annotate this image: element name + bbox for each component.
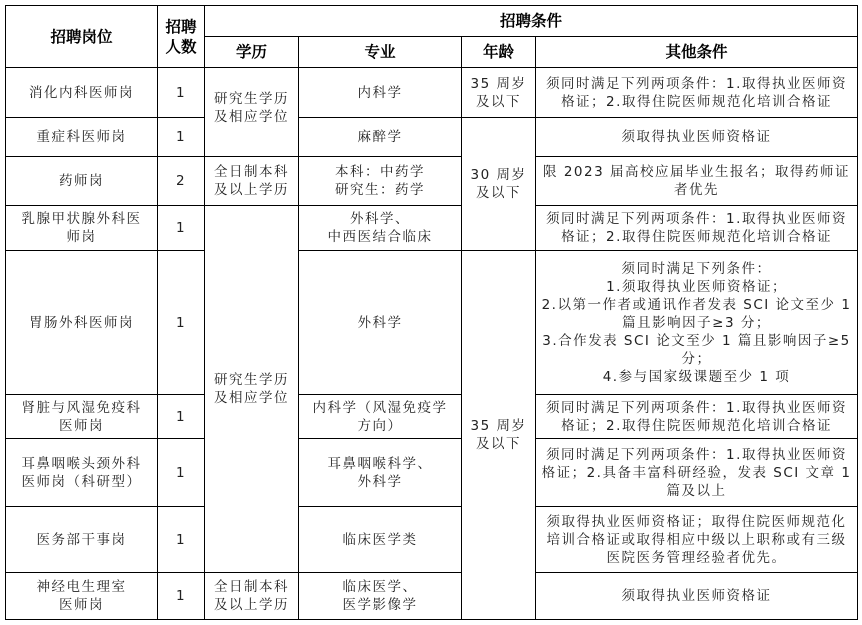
major-cell: 临床医学类 [299,507,462,573]
position-cell: 重症科医师岗 [6,118,158,157]
position-cell: 乳腺甲状腺外科医 师岗 [6,206,158,251]
other-conditions-cell: 须同时满足下列两项条件：1.取得执业医师资格证；2.取得住院医师规范化培训合格证 [536,395,858,439]
major-cell: 外科学 [299,251,462,395]
table-row: 神经电生理室 医师岗 1 全日制本科 及以上学历 临床医学、 医学影像学 须取得… [6,573,858,620]
count-cell: 1 [158,206,205,251]
recruitment-table: 招聘岗位 招聘 人数 招聘条件 学历 专业 年龄 其他条件 消化内科医师岗 1 … [5,5,858,620]
other-conditions-cell: 须同时满足下列两项条件：1.取得执业医师资格证；2.具备丰富科研经验，发表 SC… [536,439,858,507]
education-cell: 研究生学历 及相应学位 [205,206,299,573]
education-cell: 全日制本科 及以上学历 [205,573,299,620]
count-cell: 2 [158,157,205,206]
age-cell: 35 周岁 及以下 [462,68,536,118]
count-cell: 1 [158,395,205,439]
count-cell: 1 [158,118,205,157]
position-cell: 医务部干事岗 [6,507,158,573]
position-cell: 神经电生理室 医师岗 [6,573,158,620]
age-cell: 35 周岁 及以下 [462,251,536,620]
position-cell: 药师岗 [6,157,158,206]
major-cell: 外科学、 中西医结合临床 [299,206,462,251]
major-cell: 临床医学、 医学影像学 [299,573,462,620]
position-cell: 胃肠外科医师岗 [6,251,158,395]
other-conditions-cell: 限 2023 届高校应届毕业生报名；取得药师证者优先 [536,157,858,206]
header-count: 招聘 人数 [158,6,205,68]
table-row: 肾脏与风湿免疫科 医师岗 1 内科学（风湿免疫学 方向） 须同时满足下列两项条件… [6,395,858,439]
table-row: 医务部干事岗 1 临床医学类 须取得执业医师资格证；取得住院医师规范化培训合格证… [6,507,858,573]
count-cell: 1 [158,573,205,620]
other-conditions-cell: 须取得执业医师资格证 [536,118,858,157]
count-cell: 1 [158,439,205,507]
position-cell: 肾脏与风湿免疫科 医师岗 [6,395,158,439]
header-major: 专业 [299,37,462,68]
education-cell: 全日制本科 及以上学历 [205,157,299,206]
major-cell: 麻醉学 [299,118,462,157]
header-education: 学历 [205,37,299,68]
major-cell: 内科学 [299,68,462,118]
count-cell: 1 [158,507,205,573]
header-conditions: 招聘条件 [205,6,858,37]
education-cell: 研究生学历 及相应学位 [205,68,299,157]
table-row: 重症科医师岗 1 麻醉学 30 周岁 及以下 须取得执业医师资格证 [6,118,858,157]
position-cell: 消化内科医师岗 [6,68,158,118]
other-conditions-cell: 须取得执业医师资格证；取得住院医师规范化培训合格证或取得相应中级以上职称或有三级… [536,507,858,573]
position-cell: 耳鼻咽喉头颈外科 医师岗（科研型） [6,439,158,507]
major-cell: 耳鼻咽喉科学、 外科学 [299,439,462,507]
other-conditions-cell: 须同时满足下列两项条件：1.取得执业医师资格证；2.取得住院医师规范化培训合格证 [536,68,858,118]
table-row: 消化内科医师岗 1 研究生学历 及相应学位 内科学 35 周岁 及以下 须同时满… [6,68,858,118]
table-row: 乳腺甲状腺外科医 师岗 1 研究生学历 及相应学位 外科学、 中西医结合临床 须… [6,206,858,251]
count-cell: 1 [158,68,205,118]
major-cell: 本科：中药学 研究生：药学 [299,157,462,206]
major-cell: 内科学（风湿免疫学 方向） [299,395,462,439]
other-conditions-cell: 须同时满足下列两项条件：1.取得执业医师资格证；2.取得住院医师规范化培训合格证 [536,206,858,251]
table-row: 胃肠外科医师岗 1 外科学 35 周岁 及以下 须同时满足下列条件： 1.须取得… [6,251,858,395]
table-row: 药师岗 2 全日制本科 及以上学历 本科：中药学 研究生：药学 限 2023 届… [6,157,858,206]
header-age: 年龄 [462,37,536,68]
count-cell: 1 [158,251,205,395]
header-position: 招聘岗位 [6,6,158,68]
header-other: 其他条件 [536,37,858,68]
other-conditions-cell: 须取得执业医师资格证 [536,573,858,620]
age-cell: 30 周岁 及以下 [462,118,536,251]
other-conditions-cell: 须同时满足下列条件： 1.须取得执业医师资格证； 2.以第一作者或通讯作者发表 … [536,251,858,395]
table-row: 耳鼻咽喉头颈外科 医师岗（科研型） 1 耳鼻咽喉科学、 外科学 须同时满足下列两… [6,439,858,507]
